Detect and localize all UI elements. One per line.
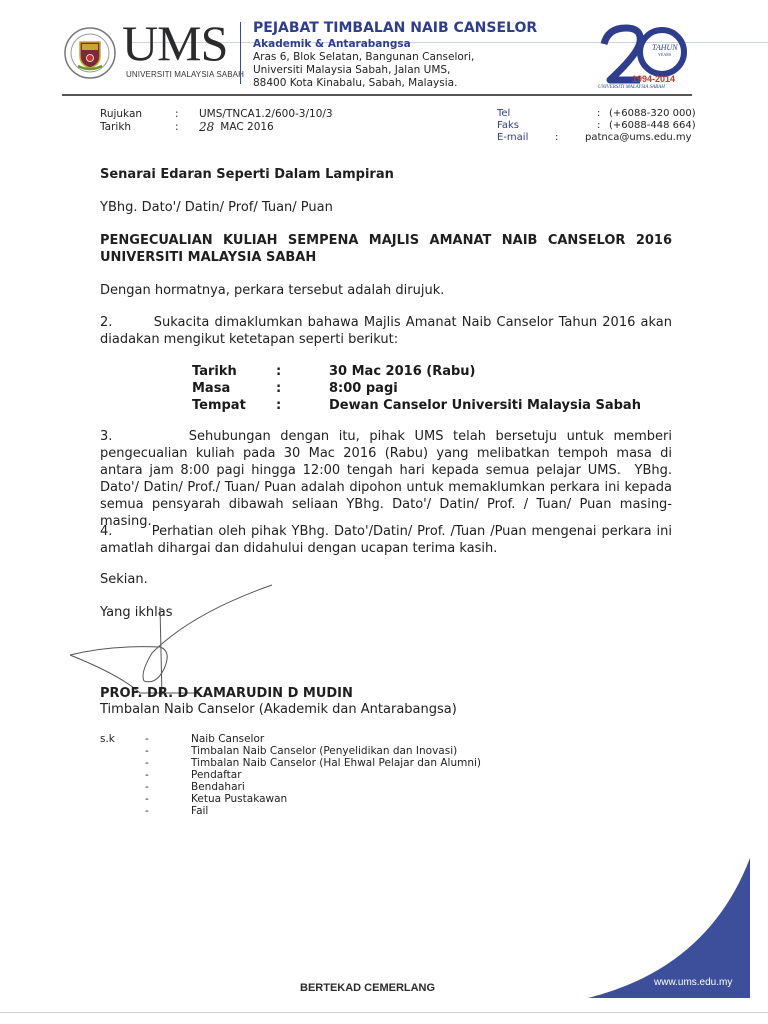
faks-label: Faks: [497, 120, 597, 132]
list-item: -Timbalan Naib Canselor (Penyelidikan da…: [145, 745, 481, 757]
tarikh-value: MAC 2016: [220, 121, 273, 134]
opening: Dengan hormatnya, perkara tersebut adala…: [100, 282, 672, 299]
office-subtitle: Akademik & Antarabangsa: [253, 38, 411, 50]
office-address: Aras 6, Blok Selatan, Bangunan Canselori…: [253, 51, 474, 90]
header-divider: [240, 22, 241, 84]
list-item: -Naib Canselor: [145, 733, 481, 745]
tel-label: Tel: [497, 108, 597, 120]
university-crest-icon: [63, 26, 117, 80]
tarikh-label: Tarikh: [100, 121, 175, 134]
list-item: -Fail: [145, 805, 481, 817]
paragraph-3: 3. Sehubungan dengan itu, pihak UMS tela…: [100, 428, 672, 530]
anniversary-range: 1994-2014: [632, 74, 675, 84]
detail-row: Tempat : Dewan Canselor Universiti Malay…: [192, 397, 641, 414]
header-rule: [62, 94, 692, 96]
signatory-title: Timbalan Naib Canselor (Akademik dan Ant…: [100, 701, 672, 718]
list-item: -Ketua Pustakawan: [145, 793, 481, 805]
detail-row: Masa : 8:00 pagi: [192, 380, 641, 397]
faks-value: (+6088-448 664): [609, 120, 696, 132]
list-item: -Timbalan Naib Canselor (Hal Ehwal Pelaj…: [145, 757, 481, 769]
contact-block: Tel : (+6088-320 000) Faks : (+6088-448 …: [497, 108, 696, 144]
sk-list: -Naib Canselor -Timbalan Naib Canselor (…: [145, 733, 481, 817]
list-item: -Pendaftar: [145, 769, 481, 781]
paragraph-4: 4. Perhatian oleh pihak YBhg. Dato'/Dati…: [100, 523, 672, 557]
handwritten-day: 28: [199, 121, 214, 134]
rujukan-value: UMS/TNCA1.2/600-3/10/3: [199, 108, 333, 121]
anniversary-tahun: TAHUN: [652, 43, 678, 52]
signatory-name: PROF. DR. D KAMARUDIN D MUDIN: [100, 685, 672, 702]
ums-logo-text: UMS: [122, 18, 227, 68]
event-details: Tarikh : 30 Mac 2016 (Rabu) Masa : 8:00 …: [192, 363, 641, 414]
footer-motto: BERTEKAD CEMERLANG: [300, 982, 435, 994]
subject-line-1: PENGECUALIAN KULIAH SEMPENA MAJLIS AMANA…: [100, 232, 672, 249]
signature-icon: [60, 575, 280, 695]
reference-block: Rujukan : UMS/TNCA1.2/600-3/10/3 Tarikh …: [100, 108, 333, 134]
anniversary-caption: UNIVERSITI MALAYSIA SABAH: [598, 85, 665, 90]
office-title: PEJABAT TIMBALAN NAIB CANSELOR: [253, 20, 537, 36]
email-value[interactable]: patnca@ums.edu.my: [585, 132, 692, 144]
anniversary-logo: TAHUN YEARS 1994-2014 UNIVERSITI MALAYSI…: [596, 24, 696, 94]
rujukan-label: Rujukan: [100, 108, 175, 121]
detail-row: Tarikh : 30 Mac 2016 (Rabu): [192, 363, 641, 380]
subject-line-2: UNIVERSITI MALAYSIA SABAH: [100, 249, 672, 266]
anniversary-years: YEARS: [658, 52, 671, 57]
list-item: -Bendahari: [145, 781, 481, 793]
tel-value: (+6088-320 000): [609, 108, 696, 120]
sk-label: s.k: [100, 733, 115, 745]
university-name: UNIVERSITI MALAYSIA SABAH: [126, 70, 244, 79]
email-label: E-mail: [497, 132, 555, 144]
paragraph-2: 2. Sukacita dimaklumkan bahawa Majlis Am…: [100, 314, 672, 348]
footer-url[interactable]: www.ums.edu.my: [654, 977, 732, 988]
footer-line: [0, 1012, 768, 1013]
salutation: YBhg. Dato'/ Datin/ Prof/ Tuan/ Puan: [100, 199, 672, 216]
recipient: Senarai Edaran Seperti Dalam Lampiran: [100, 166, 672, 183]
